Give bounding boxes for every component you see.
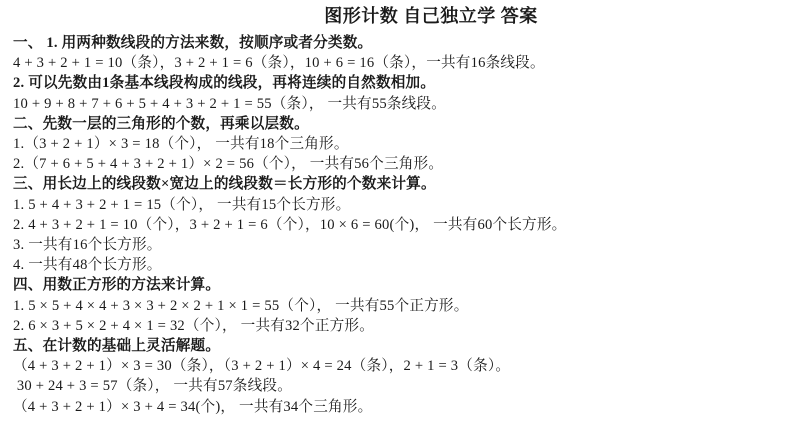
answer-line-2-2: 2.（7 + 6 + 5 + 4 + 3 + 2 + 1）× 2 = 56（个）… <box>13 154 800 174</box>
section-2-heading: 二、先数一层的三角形的个数，再乘以层数。 <box>13 114 800 134</box>
answer-line-4-2: 2. 6 × 3 + 5 × 2 + 4 × 1 = 32（个）， 一共有32个… <box>13 316 800 336</box>
answer-line-5-3: （4 + 3 + 2 + 1）× 3 + 4 = 34(个)， 一共有34个三角… <box>13 397 800 417</box>
section-1-heading: 一、 1. 用两种数线段的方法来数，按顺序或者分类数。 <box>13 33 800 53</box>
section-3-heading: 三、用长边上的线段数×宽边上的线段数＝长方形的个数来计算。 <box>13 174 800 194</box>
answer-line-1-2: 10 + 9 + 8 + 7 + 6 + 5 + 4 + 3 + 2 + 1 =… <box>13 94 800 114</box>
answer-line-3-2: 2. 4 + 3 + 2 + 1 = 10（个），3 + 2 + 1 = 6（个… <box>13 215 800 235</box>
answer-line-1-1: 4 + 3 + 2 + 1 = 10（条），3 + 2 + 1 = 6（条），1… <box>13 53 800 73</box>
answer-line-3-3: 3. 一共有16个长方形。 <box>13 235 800 255</box>
answer-line-5-2: 30 + 24 + 3 = 57（条）， 一共有57条线段。 <box>13 376 800 396</box>
page-title: 图形计数 自己独立学 答案 <box>56 3 806 30</box>
answer-content: 一、 1. 用两种数线段的方法来数，按顺序或者分类数。 4 + 3 + 2 + … <box>0 33 806 417</box>
section-5-heading: 五、在计数的基础上灵活解题。 <box>13 336 800 356</box>
answer-line-3-1: 1. 5 + 4 + 3 + 2 + 1 = 15（个）， 一共有15个长方形。 <box>13 195 800 215</box>
answer-line-4-1: 1. 5 × 5 + 4 × 4 + 3 × 3 + 2 × 2 + 1 × 1… <box>13 296 800 316</box>
section-1-method-2: 2. 可以先数由1条基本线段构成的线段，再将连续的自然数相加。 <box>13 73 800 93</box>
answer-line-2-1: 1.（3 + 2 + 1）× 3 = 18（个）， 一共有18个三角形。 <box>13 134 800 154</box>
document-page: 图形计数 自己独立学 答案 一、 1. 用两种数线段的方法来数，按顺序或者分类数… <box>0 0 806 435</box>
answer-line-5-1: （4 + 3 + 2 + 1）× 3 = 30（条），（3 + 2 + 1）× … <box>13 356 800 376</box>
section-4-heading: 四、用数正方形的方法来计算。 <box>13 275 800 295</box>
answer-line-3-4: 4. 一共有48个长方形。 <box>13 255 800 275</box>
